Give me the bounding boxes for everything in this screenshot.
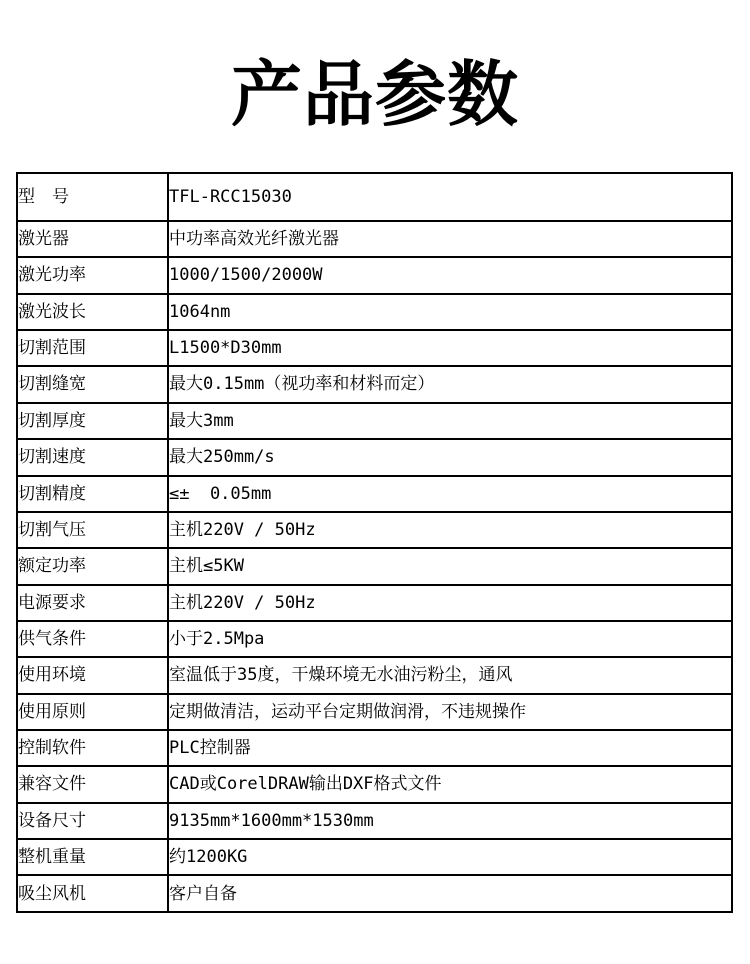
table-row: 切割范围L1500*D30mm [17,330,732,366]
spec-value: 1000/1500/2000W [168,257,732,293]
table-row: 切割厚度最大3mm [17,403,732,439]
spec-value: 1064nm [168,294,732,330]
table-row: 激光器中功率高效光纤激光器 [17,221,732,257]
spec-label: 切割精度 [17,476,168,512]
table-row: 切割精度≤± 0.05mm [17,476,732,512]
page-title: 产品参数 [0,58,750,133]
spec-label: 切割范围 [17,330,168,366]
table-row: 兼容文件CAD或CorelDRAW输出DXF格式文件 [17,766,732,802]
spec-value: 约1200KG [168,839,732,875]
spec-value: 定期做清洁，运动平台定期做润滑，不违规操作 [168,694,732,730]
table-row: 电源要求主机220V / 50Hz [17,585,732,621]
table-row: 吸尘风机客户自备 [17,875,732,912]
spec-table: 型 号TFL-RCC15030激光器中功率高效光纤激光器激光功率1000/150… [16,172,733,913]
spec-value: 室温低于35度，干燥环境无水油污粉尘，通风 [168,657,732,693]
spec-label: 控制软件 [17,730,168,766]
spec-label: 额定功率 [17,548,168,584]
spec-label: 整机重量 [17,839,168,875]
spec-label: 电源要求 [17,585,168,621]
spec-label: 使用环境 [17,657,168,693]
spec-label: 兼容文件 [17,766,168,802]
spec-value: 主机220V / 50Hz [168,585,732,621]
spec-label: 切割厚度 [17,403,168,439]
table-row: 激光波长1064nm [17,294,732,330]
spec-value: TFL-RCC15030 [168,173,732,221]
table-row: 供气条件小于2.5Mpa [17,621,732,657]
spec-label: 型 号 [17,173,168,221]
spec-value: 最大3mm [168,403,732,439]
spec-label: 供气条件 [17,621,168,657]
spec-value: PLC控制器 [168,730,732,766]
table-row: 切割气压主机220V / 50Hz [17,512,732,548]
spec-label: 设备尺寸 [17,803,168,839]
spec-value: 最大250mm/s [168,439,732,475]
spec-value: ≤± 0.05mm [168,476,732,512]
table-row: 使用原则定期做清洁，运动平台定期做润滑，不违规操作 [17,694,732,730]
table-row: 使用环境室温低于35度，干燥环境无水油污粉尘，通风 [17,657,732,693]
table-row: 额定功率主机≤5KW [17,548,732,584]
spec-value: 主机220V / 50Hz [168,512,732,548]
spec-label: 切割气压 [17,512,168,548]
table-row: 切割缝宽最大0.15mm（视功率和材料而定） [17,366,732,402]
spec-label: 激光波长 [17,294,168,330]
table-row: 激光功率1000/1500/2000W [17,257,732,293]
table-row: 整机重量约1200KG [17,839,732,875]
spec-label: 激光功率 [17,257,168,293]
spec-label: 激光器 [17,221,168,257]
spec-label: 切割速度 [17,439,168,475]
spec-value: 主机≤5KW [168,548,732,584]
table-row: 设备尺寸9135mm*1600mm*1530mm [17,803,732,839]
table-row: 控制软件PLC控制器 [17,730,732,766]
spec-value: 客户自备 [168,875,732,912]
spec-value: 中功率高效光纤激光器 [168,221,732,257]
spec-label: 使用原则 [17,694,168,730]
table-row: 型 号TFL-RCC15030 [17,173,732,221]
spec-value: 最大0.15mm（视功率和材料而定） [168,366,732,402]
spec-label: 吸尘风机 [17,875,168,912]
spec-value: CAD或CorelDRAW输出DXF格式文件 [168,766,732,802]
spec-label: 切割缝宽 [17,366,168,402]
table-row: 切割速度最大250mm/s [17,439,732,475]
spec-value: 小于2.5Mpa [168,621,732,657]
spec-value: 9135mm*1600mm*1530mm [168,803,732,839]
spec-value: L1500*D30mm [168,330,732,366]
